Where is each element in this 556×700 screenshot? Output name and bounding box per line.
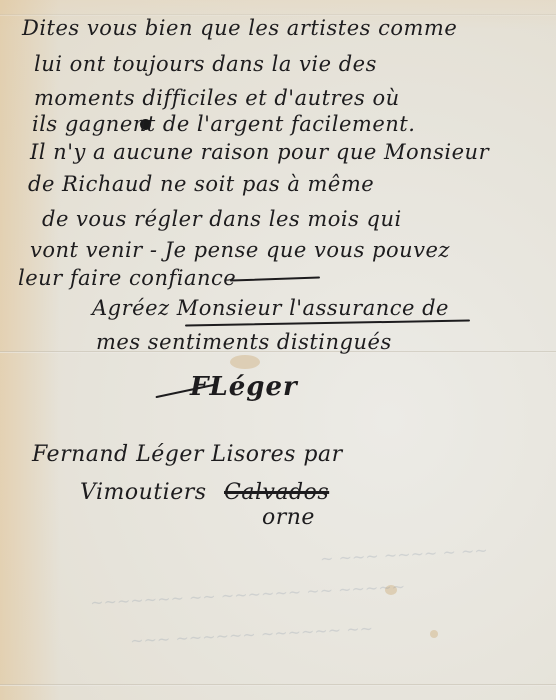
show-through-text: ~~~ ~~~~~~ ~~~~~~ ~~ [130,619,374,651]
letter-body-line: de vous régler dans les mois qui [42,207,402,231]
show-through-text: ~ ~~~ ~~~~ ~ ~~ [320,541,489,569]
show-through-text: ~~~~~~~ ~~ ~~~~~~ ~~ ~~~~~ [90,577,406,612]
letter-body-line: moments difficiles et d'autres où [34,86,400,110]
letter-body-line: Dites vous bien que les artistes comme [22,16,457,40]
address-town: Vimoutiers [80,480,207,505]
underline-stroke [185,320,470,327]
letter-page: ~ ~~~ ~~~~ ~ ~~ ~~~~~~~ ~~ ~~~~~~ ~~ ~~~… [0,0,556,700]
letter-body-line: lui ont toujours dans la vie des [34,52,377,76]
address-line-1: Fernand Léger Lisores par [32,442,343,467]
fold-line-bottom [0,684,556,686]
dash-stroke [230,276,320,281]
letter-body-line: vont venir - Je pense que vous pouvez [30,238,450,262]
closing-line: mes sentiments distingués [96,330,392,354]
closing-line: Agréez Monsieur l'assurance de [92,296,449,320]
letter-body-line: leur faire confiance [18,266,236,290]
letter-body-line: de Richaud ne soit pas à même [28,172,374,196]
paper-stain [430,630,438,638]
address-struck-department: Calvados [224,480,329,505]
address-line-3: orne [262,505,315,530]
letter-body-line: Il n'y a aucune raison pour que Monsieur [30,140,489,164]
paper-stain [230,355,260,369]
address-line-2: Vimoutiers Calvados [80,480,329,505]
letter-body-line: ils gagnent de l'argent facilement. [32,112,415,136]
